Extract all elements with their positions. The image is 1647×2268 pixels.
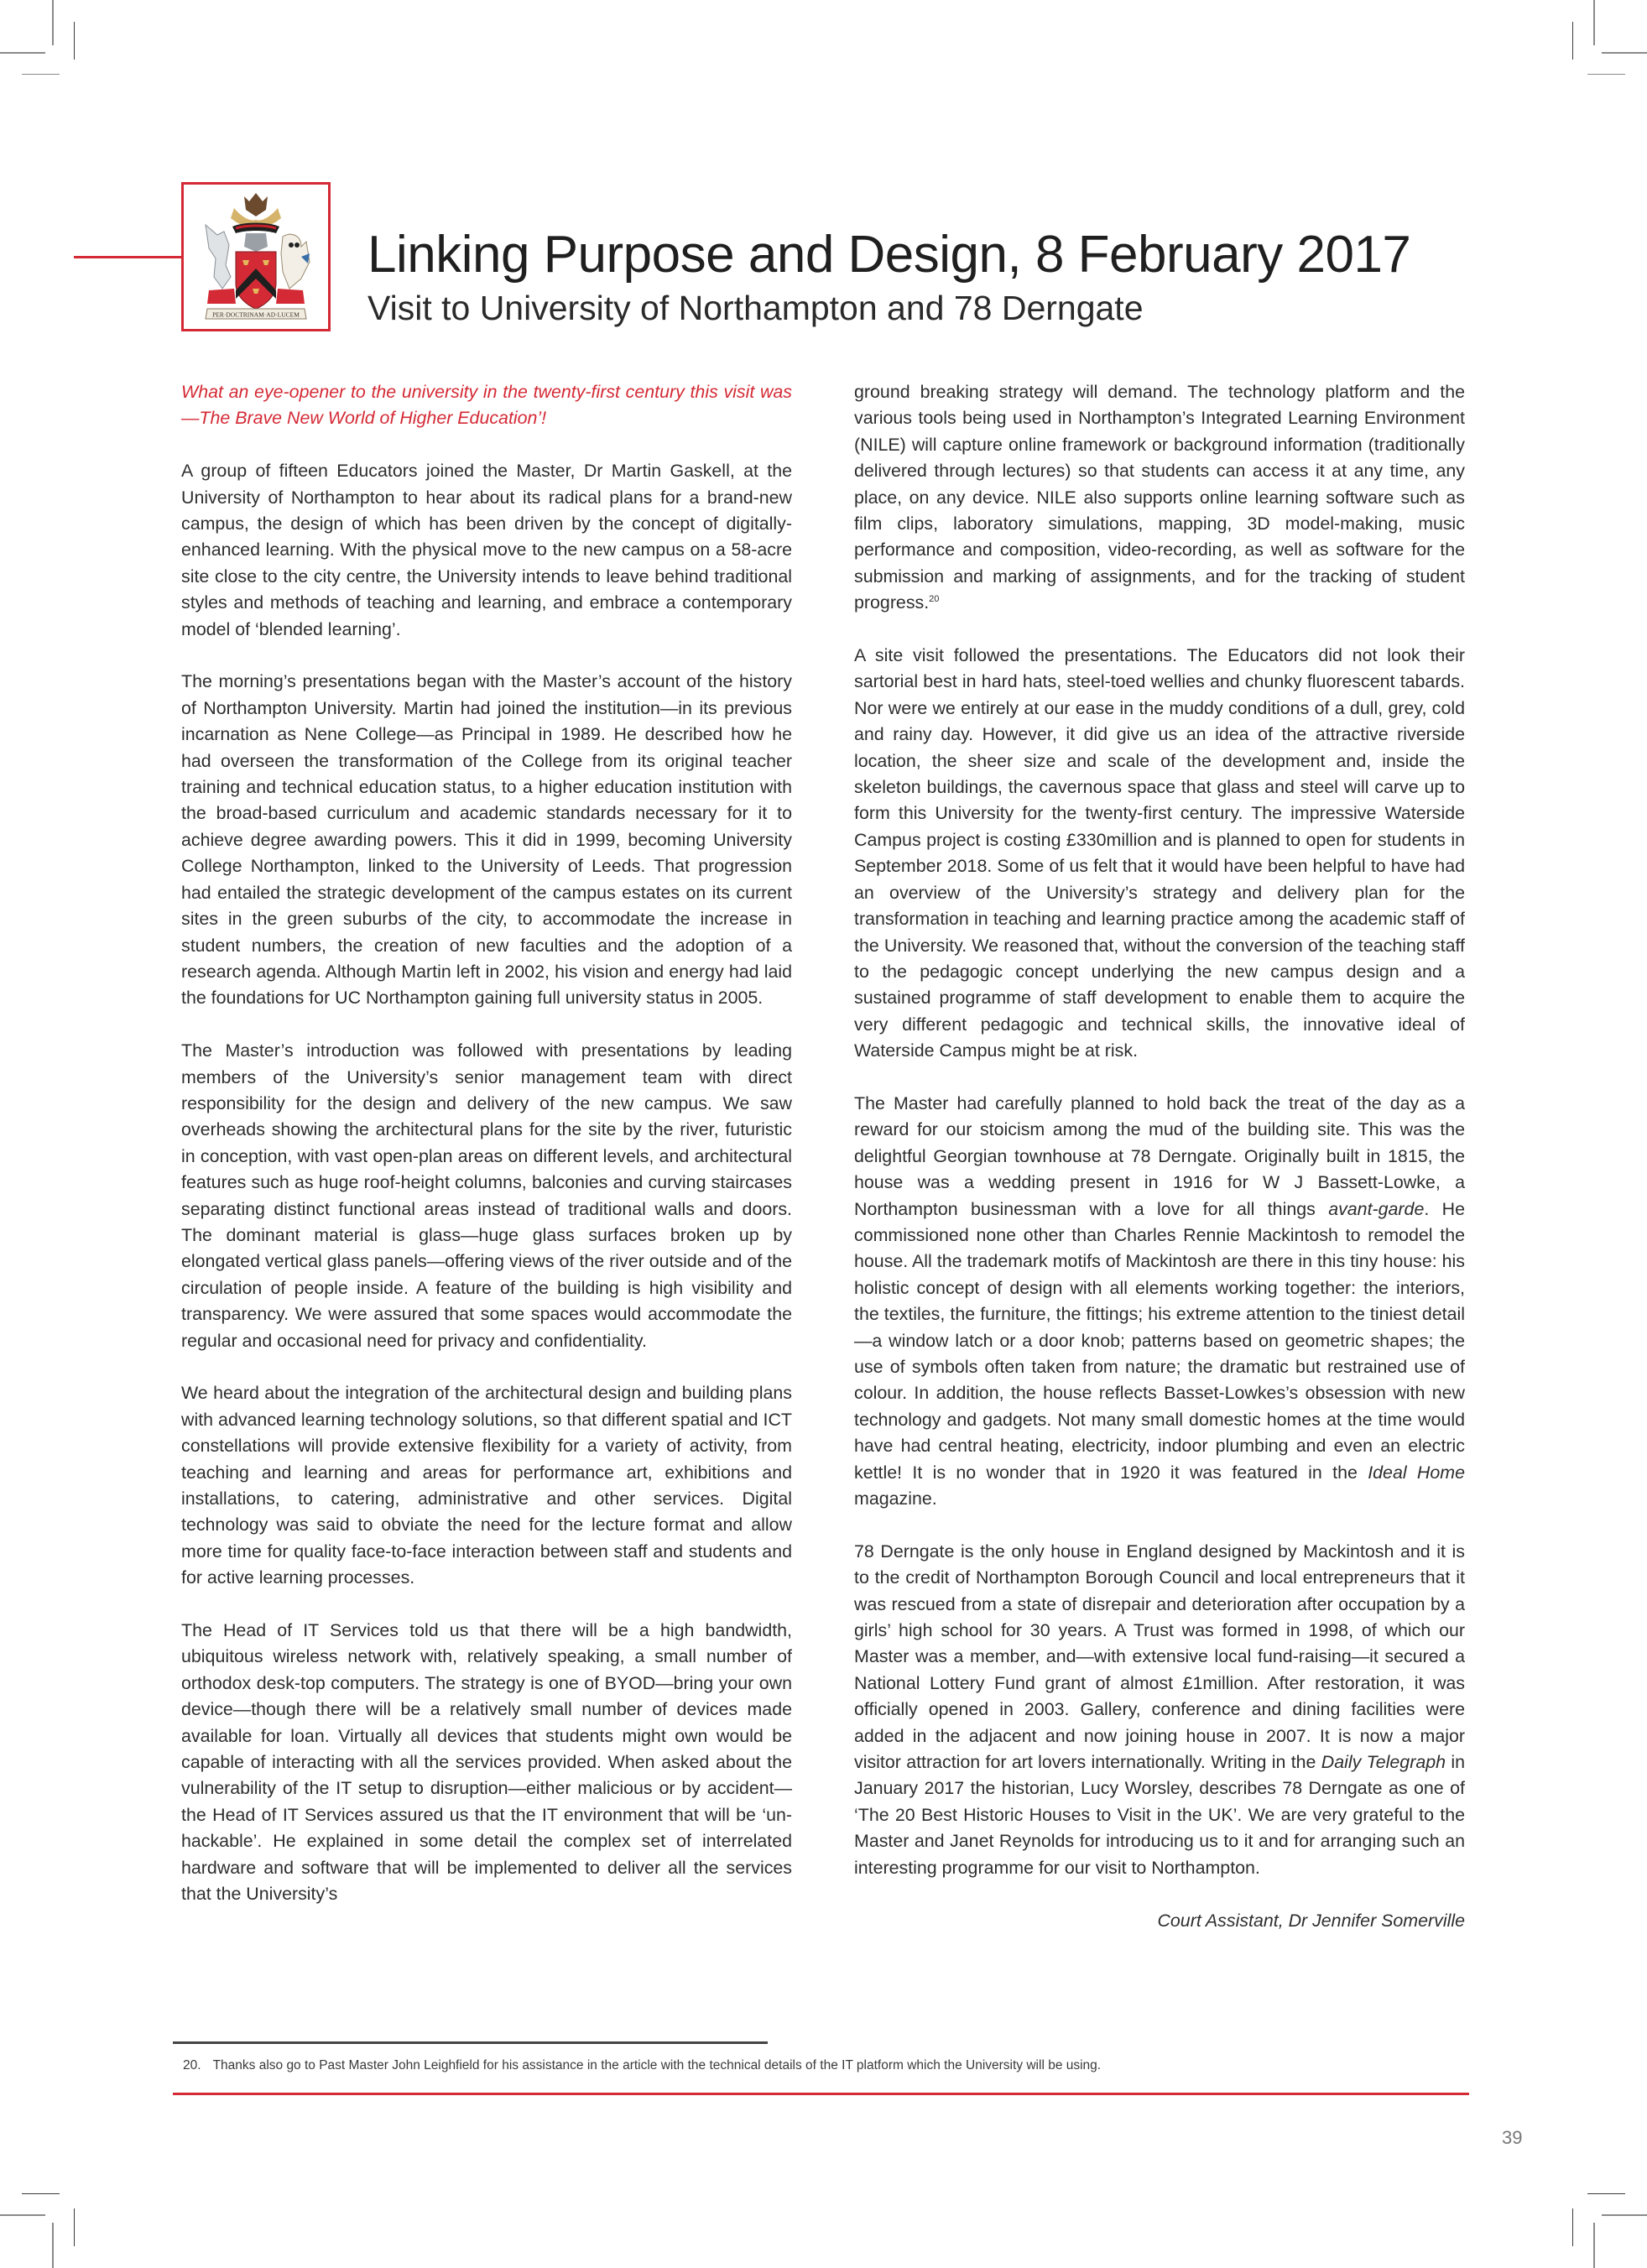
footnote-text: Thanks also go to Past Master John Leigh… bbox=[213, 2058, 1102, 2072]
crop-mark bbox=[1572, 2208, 1573, 2246]
paragraph-text: 78 Derngate is the only house in England… bbox=[854, 1541, 1465, 1772]
footnote-reference[interactable]: 20 bbox=[929, 594, 939, 604]
page-number: 39 bbox=[1502, 2127, 1522, 2149]
emphasis: avant-garde bbox=[1328, 1199, 1424, 1219]
crop-mark bbox=[52, 0, 54, 45]
left-column: What an eye-opener to the university in … bbox=[181, 379, 792, 1907]
author-signature: Court Assistant, Dr Jennifer Somerville bbox=[854, 1908, 1465, 1934]
crop-mark bbox=[1593, 2223, 1595, 2268]
paragraph: A site visit followed the presentations.… bbox=[854, 643, 1465, 1065]
crop-mark bbox=[74, 22, 75, 60]
paragraph: The Master had carefully planned to hold… bbox=[854, 1091, 1465, 1513]
lede-quote: What an eye-opener to the university in … bbox=[181, 379, 792, 432]
footnote-divider bbox=[173, 2041, 768, 2044]
crop-mark bbox=[1572, 22, 1573, 60]
crop-mark bbox=[74, 2208, 75, 2246]
publication-title: Ideal Home bbox=[1368, 1462, 1465, 1483]
paragraph: A group of fifteen Educators joined the … bbox=[181, 458, 792, 643]
crop-mark bbox=[1587, 2193, 1625, 2194]
crest-frame: PER·DOCTRINAM·AD·LUCEM bbox=[181, 182, 331, 331]
paragraph-text: magazine. bbox=[854, 1489, 937, 1509]
paragraph: We heard about the integration of the ar… bbox=[181, 1380, 792, 1591]
crop-mark bbox=[1602, 2214, 1647, 2216]
paragraph: The morning’s presentations began with t… bbox=[181, 669, 792, 1011]
crop-mark bbox=[1587, 74, 1625, 75]
footnote-number: 20. bbox=[183, 2058, 201, 2072]
crop-mark bbox=[1593, 0, 1595, 45]
crop-mark bbox=[22, 74, 60, 75]
publication-title: Daily Telegraph bbox=[1321, 1752, 1446, 1772]
crop-mark bbox=[0, 52, 45, 54]
paragraph: 78 Derngate is the only house in England… bbox=[854, 1539, 1465, 1881]
page-title: Linking Purpose and Design, 8 February 2… bbox=[367, 225, 1410, 285]
paragraph: The Head of IT Services told us that the… bbox=[181, 1618, 792, 1907]
svg-text:PER·DOCTRINAM·AD·LUCEM: PER·DOCTRINAM·AD·LUCEM bbox=[212, 311, 300, 319]
footer-rule bbox=[173, 2093, 1469, 2095]
page-subtitle: Visit to University of Northampton and 7… bbox=[367, 287, 1144, 329]
paragraph: ground breaking strategy will demand. Th… bbox=[854, 379, 1465, 617]
paragraph-text: . He commissioned none other than Charle… bbox=[854, 1199, 1465, 1483]
paragraph-text: ground breaking strategy will demand. Th… bbox=[854, 382, 1465, 613]
coat-of-arms-icon: PER·DOCTRINAM·AD·LUCEM bbox=[184, 185, 328, 329]
footnote: 20.Thanks also go to Past Master John Le… bbox=[183, 2058, 1101, 2073]
crop-mark bbox=[22, 2193, 60, 2194]
crop-mark bbox=[1602, 52, 1647, 54]
paragraph: The Master’s introduction was followed w… bbox=[181, 1038, 792, 1354]
crop-mark bbox=[0, 2214, 45, 2216]
right-column: ground breaking strategy will demand. Th… bbox=[854, 379, 1465, 1960]
crop-mark bbox=[52, 2223, 54, 2268]
crest-connector-line bbox=[74, 256, 181, 258]
